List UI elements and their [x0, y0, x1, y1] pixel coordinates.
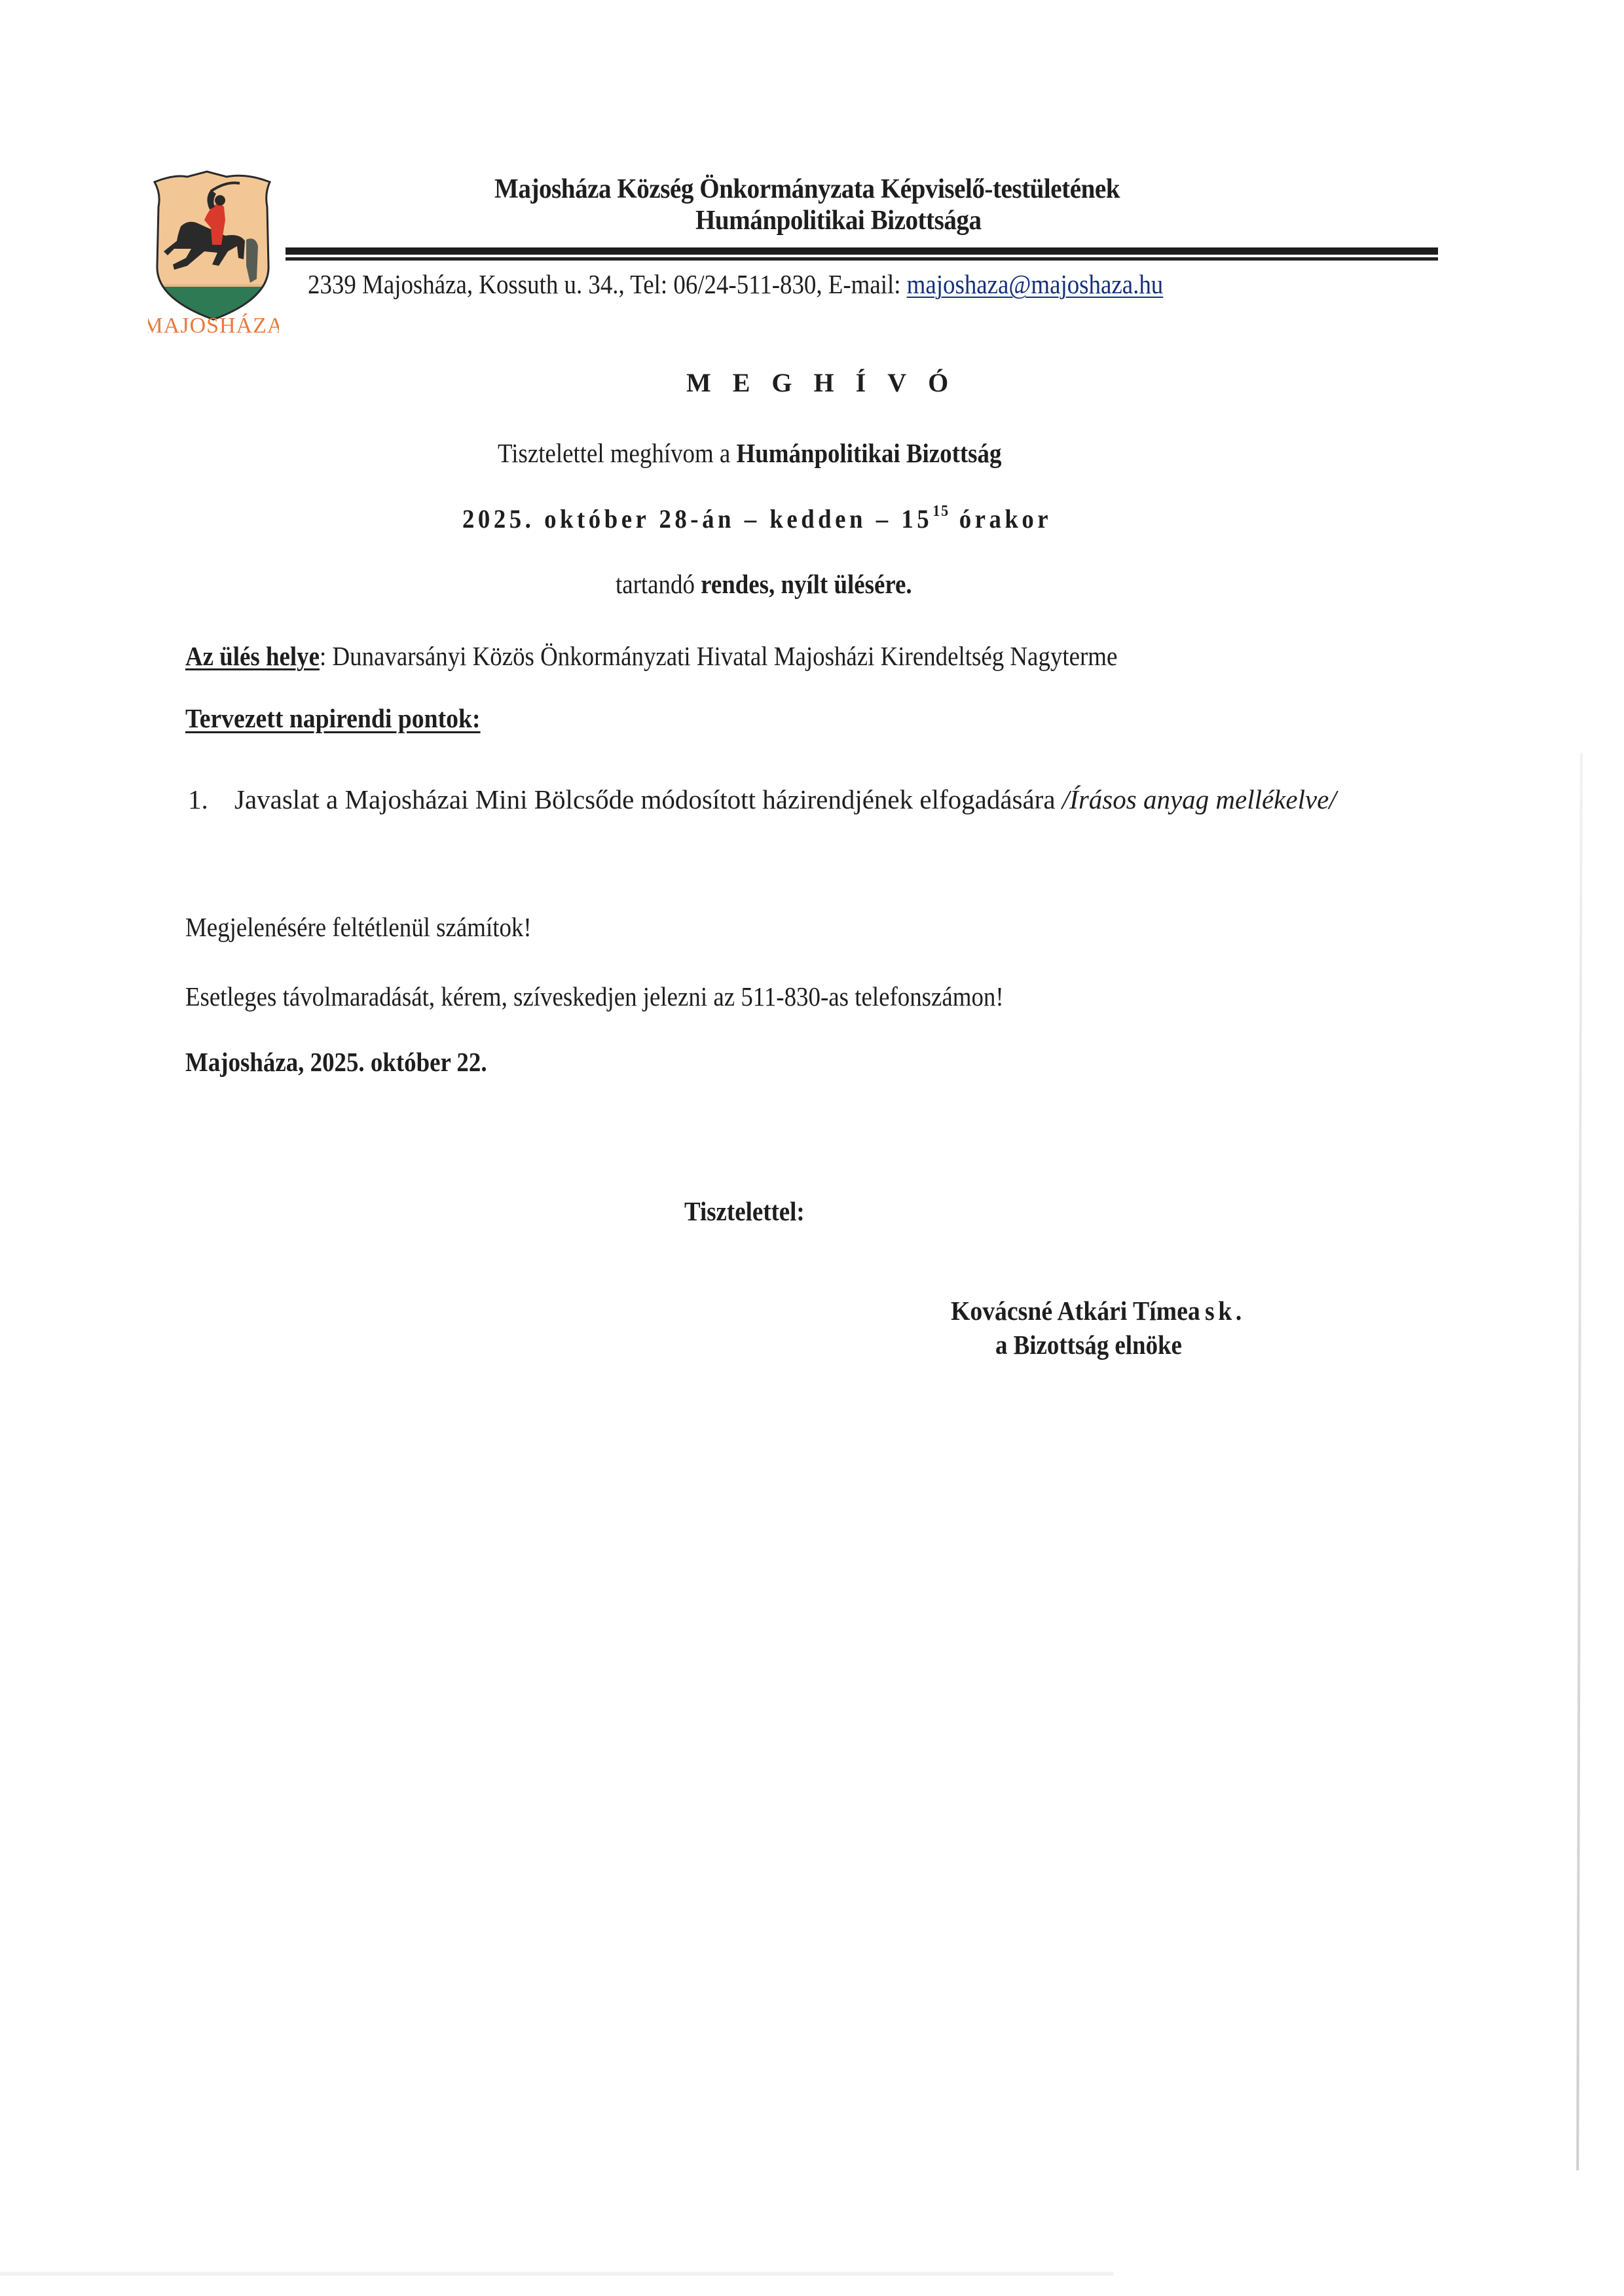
- place-and-date: Majosháza, 2025. október 22.: [185, 1046, 487, 1078]
- letterhead-double-rule: [286, 247, 1438, 263]
- separator: –: [735, 504, 769, 534]
- location-label: Az ülés helye: [185, 641, 320, 671]
- agenda-item-number: 1.: [188, 783, 208, 816]
- signer-mark: sk.: [1205, 1296, 1246, 1326]
- meeting-hour: 15: [901, 504, 932, 534]
- letterhead-title-line1: Majosháza Község Önkormányzata Képviselő…: [494, 173, 1120, 205]
- meeting-date-line: 2025. október 28-án – kedden – 1515 órak…: [462, 503, 1052, 534]
- committee-name: Humánpolitikai Bizottság: [737, 438, 1002, 468]
- agenda-list: 1. Javaslat a Majosházai Mini Bölcsőde m…: [185, 783, 1420, 816]
- email-link[interactable]: majoshaza@majoshaza.hu: [907, 269, 1164, 299]
- document-title: MEGHÍVÓ: [686, 368, 970, 398]
- regards: Tisztelettel:: [684, 1195, 805, 1227]
- rule-thin: [286, 257, 1438, 261]
- location-separator: :: [320, 641, 332, 671]
- signer-name: Kovácsné Atkári Tímea: [951, 1296, 1200, 1326]
- svg-text:MAJOSHÁZA: MAJOSHÁZA: [148, 314, 279, 338]
- letterhead-address: 2339 Majosháza, Kossuth u. 34., Tel: 06/…: [308, 268, 1163, 300]
- meeting-type-line: tartandó rendes, nyílt ülésére.: [616, 568, 912, 600]
- coat-of-arms-horseman-icon: MAJOSHÁZA: [148, 168, 279, 338]
- signer-line: Kovácsné Atkári Tímeask.: [951, 1295, 1246, 1326]
- meeting-date: 2025. október 28-án: [462, 504, 735, 534]
- meeting-time-suffix: órakor: [950, 504, 1052, 534]
- meeting-type: rendes, nyílt ülésére.: [701, 569, 912, 599]
- agenda-item: 1. Javaslat a Majosházai Mini Bölcsőde m…: [185, 783, 1420, 816]
- agenda-item-text: Javaslat a Majosházai Mini Bölcsőde módo…: [234, 783, 1420, 816]
- coat-of-arms: MAJOSHÁZA: [148, 168, 279, 338]
- meeting-minute: 15: [932, 503, 950, 520]
- closing-line-2: Esetleges távolmaradását, kérem, szívesk…: [185, 981, 1004, 1012]
- signer-role: a Bizottság elnöke: [995, 1329, 1182, 1360]
- invitation-line: Tisztelettel meghívom a Humánpolitikai B…: [498, 437, 1001, 469]
- location-value: Dunavarsányi Közös Önkormányzati Hivatal…: [332, 641, 1117, 671]
- scan-edge-artifact: [1576, 753, 1583, 2170]
- agenda-heading: Tervezett napirendi pontok:: [185, 702, 481, 734]
- meeting-location: Az ülés helye: Dunavarsányi Közös Önkorm…: [185, 640, 1117, 672]
- agenda-item-title: Javaslat a Majosházai Mini Bölcsőde módo…: [234, 784, 1062, 814]
- meeting-weekday: kedden: [769, 504, 866, 534]
- scan-bottom-artifact: [0, 2272, 1113, 2276]
- rule-thick: [286, 247, 1438, 255]
- meeting-type-prefix: tartandó: [616, 569, 701, 599]
- agenda-item-note: /Írásos anyag mellékelve/: [1062, 784, 1337, 814]
- address-text: 2339 Majosháza, Kossuth u. 34., Tel: 06/…: [308, 269, 907, 299]
- separator: –: [866, 504, 901, 534]
- closing-line-1: Megjelenésére feltétlenül számítok!: [185, 911, 532, 943]
- invitation-prefix: Tisztelettel meghívom a: [498, 438, 737, 468]
- letterhead-title-line2: Humánpolitikai Bizottsága: [695, 205, 982, 236]
